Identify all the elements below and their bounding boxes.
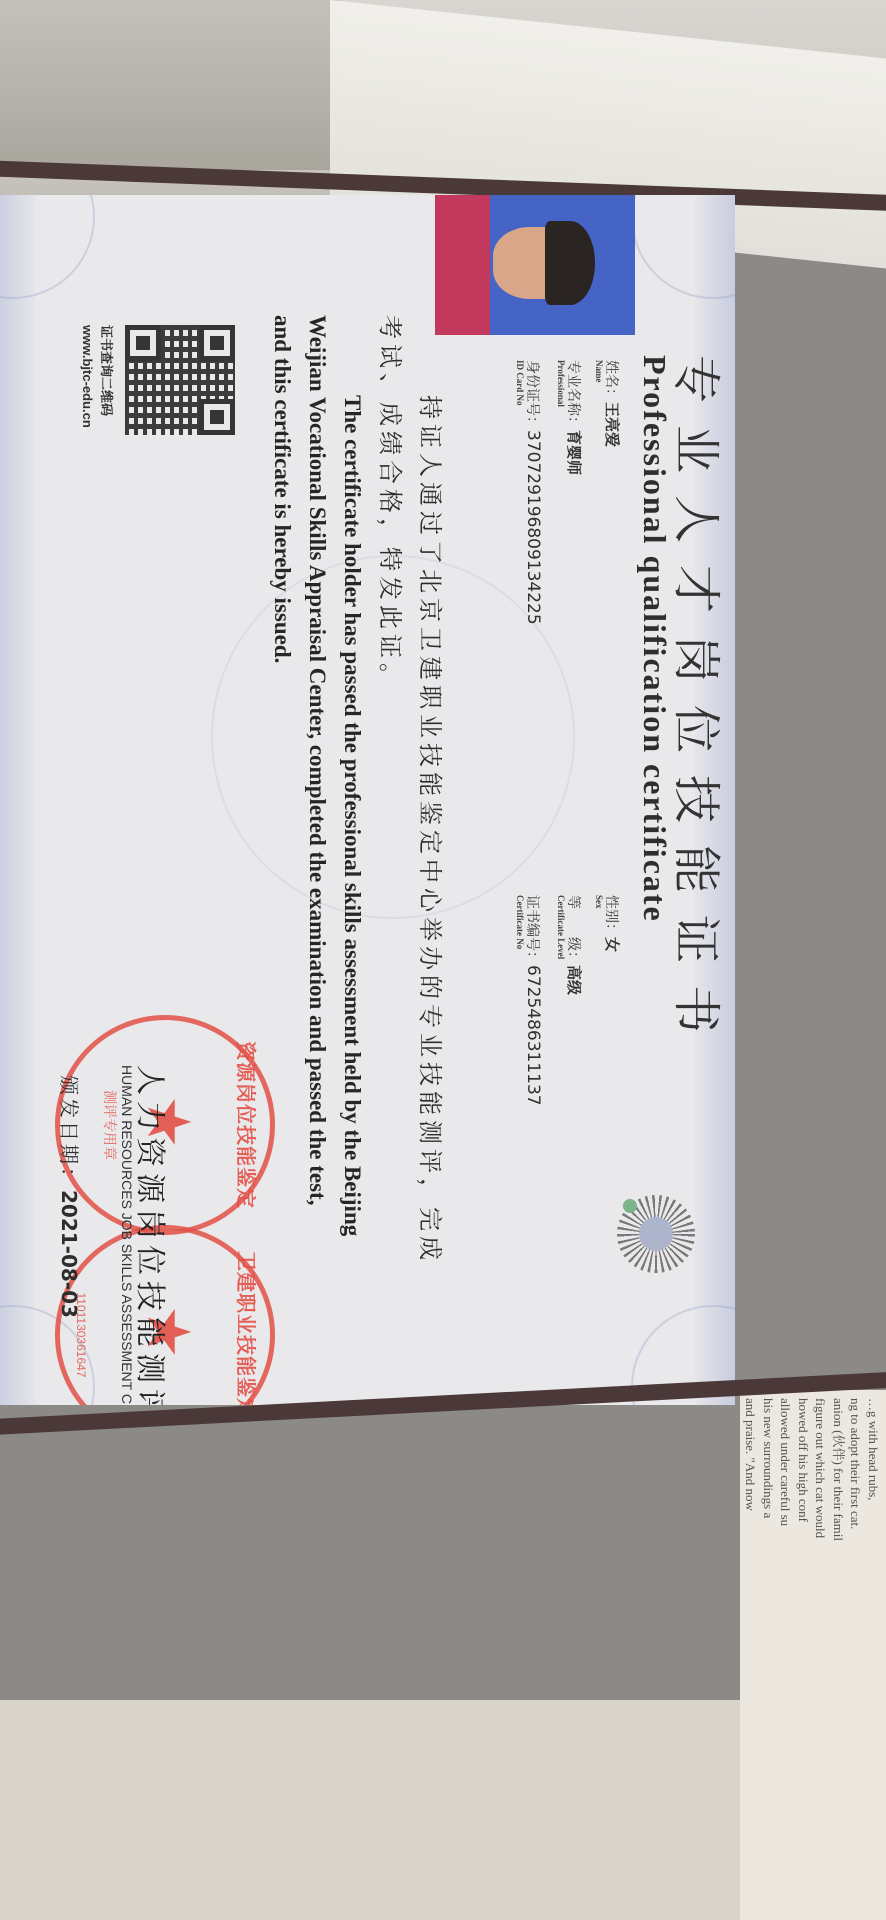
- certificate-content: 专业人才岗位技能证书 Professional qualification ce…: [0, 195, 735, 1405]
- cert-no-value: 6725486311137: [523, 965, 543, 1106]
- field-cert-no: 证书编号：6725486311137 Certificate No: [515, 895, 543, 1106]
- field-id-card: 身份证号：370729196809134225 ID Card No: [515, 360, 543, 625]
- statement-en-line3: and this certificate is hereby issued.: [269, 315, 295, 663]
- book-line: allowed under careful su: [777, 1398, 795, 1912]
- statement-cn-line2: 考试、成绩合格，特发此证。: [375, 315, 410, 692]
- field-name: 姓名：王亮爱 Name: [594, 360, 623, 447]
- book-line: his new surroundings a: [760, 1398, 778, 1912]
- level-value: 高级: [565, 965, 583, 995]
- certificate: 专业人才岗位技能证书 Professional qualification ce…: [0, 195, 735, 1405]
- certificate-title-en: Professional qualification certificate: [636, 355, 673, 923]
- issue-date: 颁发日期：2021-08-03: [56, 1075, 85, 1318]
- book-line: howed off his high conf: [795, 1398, 813, 1912]
- paper-fold: [0, 0, 340, 170]
- verification-url[interactable]: www.bjtc-edu.cn: [80, 325, 95, 428]
- issuer-name-cn: 人力资源岗位技能测评中心: [131, 1065, 175, 1405]
- issuer-name-en: HUMAN RESOURCES JOB SKILLS ASSESSMENT CE…: [119, 1065, 135, 1405]
- name-value: 王亮爱: [603, 402, 621, 447]
- book-line: ng to adopt their first cat.: [847, 1398, 865, 1912]
- decor-band-bottom: [0, 195, 35, 1405]
- issue-date-value: 2021-08-03: [57, 1190, 81, 1318]
- mini-program-code-icon: [617, 1195, 695, 1273]
- statement-en-line1: The certificate holder has passed the pr…: [339, 395, 365, 1236]
- book-line: anion (伙伴) for their famil: [830, 1398, 848, 1912]
- professional-value: 育婴师: [565, 430, 583, 475]
- book-line: th you, following you: [740, 1398, 742, 1912]
- decor-rosette: [631, 195, 735, 299]
- sex-value: 女: [603, 937, 621, 952]
- field-level: 等 级：高级 Certificate Level: [556, 895, 585, 995]
- book-line: figure out which cat would: [812, 1398, 830, 1912]
- background-book-page: …g with head rubs,ng to adopt their firs…: [740, 1390, 886, 1920]
- book-line: and praise. "And now: [742, 1398, 760, 1912]
- book-line: …g with head rubs,: [865, 1398, 883, 1912]
- qr-caption: 证书查询二维码: [98, 325, 117, 416]
- decor-rosette: [0, 195, 95, 299]
- field-sex: 性别：女 Sex: [594, 895, 623, 952]
- statement-en-line2: Weijian Vocational Skills Appraisal Cent…: [304, 315, 330, 1205]
- field-professional: 专业名称：育婴师 Professional: [556, 360, 585, 475]
- statement-cn-line1: 持证人通过了北京卫建职业技能鉴定中心举办的专业技能测评，完成: [415, 395, 450, 1265]
- id-card-value: 370729196809134225: [523, 430, 543, 625]
- verification-qr-code[interactable]: [125, 325, 235, 435]
- certificate-title-cn: 专业人才岗位技能证书: [666, 355, 735, 1055]
- book-text: …g with head rubs,ng to adopt their firs…: [740, 1390, 886, 1920]
- holder-photo: [435, 195, 635, 335]
